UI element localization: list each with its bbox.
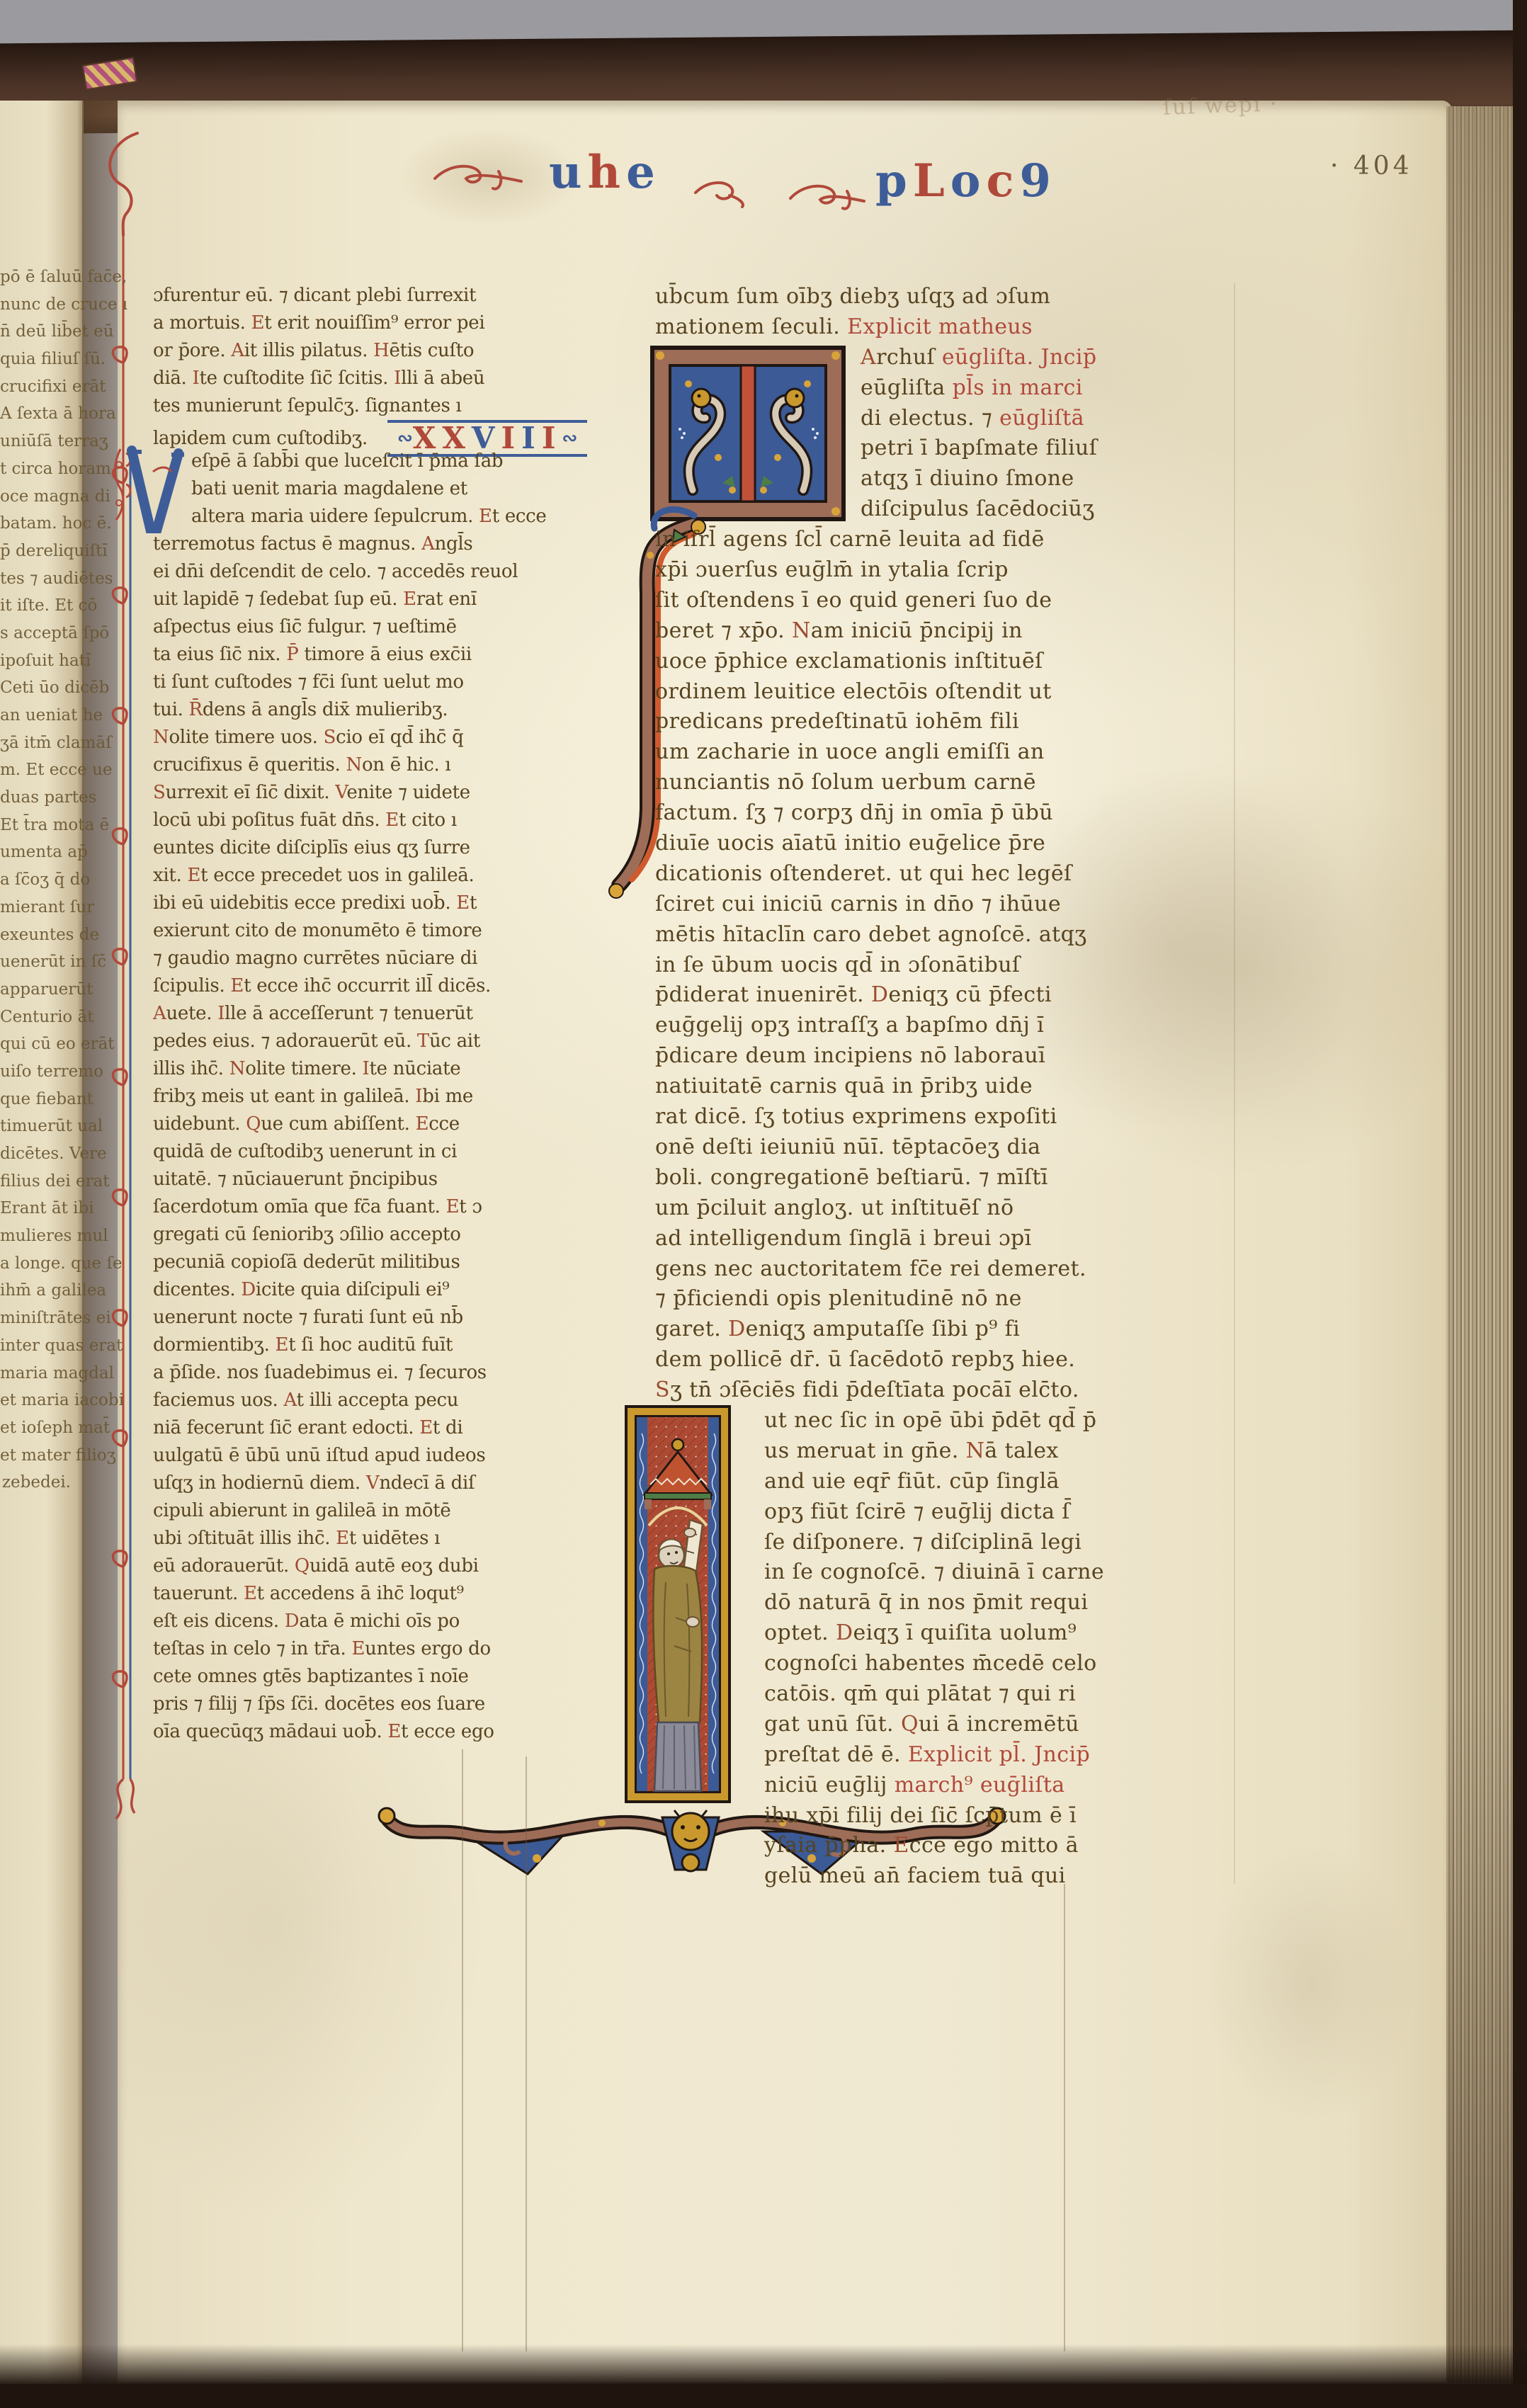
title-flourish-icon bbox=[431, 157, 530, 197]
text-segment: Q bbox=[246, 1113, 261, 1135]
text-segment: pecuniā copioſā dederūt militibus bbox=[153, 1251, 460, 1273]
text-line: duas partes bbox=[0, 784, 71, 812]
text-segment: T bbox=[417, 1030, 429, 1052]
text-line: ei dn̄i deſcendit de celo. ⁊ accedēs reu… bbox=[153, 558, 544, 586]
text-line: uitatē. ⁊ nūciauerunt p̄ncipibus bbox=[153, 1166, 544, 1193]
text-line: diſcipulus ſacēdociūʒ bbox=[655, 494, 1234, 525]
text-segment: Explicit matheus bbox=[847, 314, 1033, 339]
right-text-column: ub̄cum ſum oībʒ diebʒ uſqʒ ad ɔſummation… bbox=[655, 282, 1234, 1892]
text-segment: eniqʒ cū p̄fecti bbox=[888, 982, 1052, 1007]
text-line: quia filiuſ ſū. bbox=[0, 346, 71, 373]
text-line: p̄ dereliquiſtı̄ bbox=[0, 538, 71, 565]
text-line: niciū euḡlij march⁹ euḡliſta bbox=[655, 1771, 1234, 1801]
text-segment: D bbox=[241, 1279, 256, 1300]
text-segment: I bbox=[521, 421, 542, 455]
text-line: ſciret cui iniciū carnis in dn̄o ⁊ ihūue bbox=[655, 890, 1234, 920]
text-line: dicentes. Dicite quia diſcipuli ei⁹ bbox=[153, 1276, 544, 1304]
text-segment: dens ā angl̄s dix̄ mulieribʒ. bbox=[203, 699, 448, 720]
text-segment: bati uenit maria magdalene et bbox=[191, 478, 467, 499]
text-line: gat unū ſūt. Qui ā incremētū bbox=[655, 1710, 1234, 1740]
text-line: an ueniat he bbox=[0, 702, 71, 729]
text-line: diuīe uocis aīatū initio euḡelice p̄re bbox=[655, 829, 1234, 859]
text-segment: Q bbox=[901, 1712, 919, 1737]
text-segment: I bbox=[415, 1086, 422, 1107]
text-line: uiſo terremo bbox=[0, 1058, 71, 1086]
text-segment: on ē hic. ı bbox=[362, 754, 450, 776]
text-segment: E bbox=[251, 312, 265, 334]
bottom-shadow bbox=[0, 2344, 1527, 2387]
text-line: mationem ſeculi. Explicit matheus bbox=[655, 312, 1234, 343]
text-segment: gat unū ſūt. bbox=[764, 1712, 901, 1737]
text-segment: tauerunt. bbox=[153, 1583, 244, 1604]
text-segment: t ecce precedet uos in galileā. bbox=[200, 865, 474, 886]
binding-bottom-edge bbox=[0, 2384, 1527, 2408]
text-segment: E bbox=[479, 506, 492, 527]
facing-page-text-fragments: pō ē ſaluū fac̄e,nunc de cruce ın̄ deū l… bbox=[0, 263, 75, 1497]
text-segment: E bbox=[419, 1417, 433, 1438]
text-line: eūgliſta pl̄s in marci bbox=[655, 373, 1234, 404]
text-segment: Q bbox=[295, 1555, 310, 1577]
text-line: et mater filioʒ bbox=[0, 1442, 71, 1470]
text-line: crucifixus ē queritis. Non ē hic. ı bbox=[153, 751, 544, 779]
text-line: atqʒ ī diuino ſmone bbox=[655, 464, 1234, 494]
text-line: gens nec auctoritatem fc̄e rei demeret. bbox=[655, 1254, 1234, 1285]
text-segment: eūgliſta. Jncip̄ bbox=[942, 345, 1097, 370]
text-segment: ui ā incremētū bbox=[919, 1712, 1079, 1737]
text-segment: E bbox=[893, 1833, 909, 1858]
text-segment: untes ergo do bbox=[365, 1638, 491, 1659]
text-segment: gelū meū an̄ faciem tuā qui bbox=[764, 1863, 1066, 1888]
text-segment: yſaia p̄pha. bbox=[764, 1833, 893, 1858]
text-segment: ihu xp̄i filij dei ſic̄ ſcp̄tum ē ī bbox=[764, 1803, 1077, 1828]
title-flourish-icon bbox=[788, 178, 867, 215]
text-segment: nunciantis nō ſolum uerbum carnē bbox=[655, 770, 1036, 795]
text-segment: ibi eū uidebitis ecce predixi uob̄. bbox=[153, 892, 456, 914]
text-segment: I bbox=[217, 1003, 225, 1024]
text-segment: p̄dicare deum incipiens nō laborauī bbox=[655, 1043, 1045, 1068]
text-segment: ʒ tn̄ ɔſēciēs fidi p̄deſtīata pocāı̄ elc… bbox=[670, 1378, 1079, 1402]
text-line: Sʒ tn̄ ɔſēciēs fidi p̄deſtīata pocāı̄ el… bbox=[655, 1375, 1234, 1406]
text-segment: E bbox=[230, 975, 244, 996]
running-title-left: uhe bbox=[549, 146, 661, 199]
text-segment: tes munierunt ſepulc̄ʒ. ſignantes ı bbox=[153, 395, 462, 416]
text-line: a longe. que ſe bbox=[0, 1250, 71, 1278]
text-segment: eſpē ā ſabb̄i que luceſcit ī p̄ma ſab bbox=[191, 450, 503, 472]
text-segment: bi me bbox=[422, 1086, 473, 1107]
text-segment: dicationis oſtenderet. ut qui hec legēſ bbox=[655, 861, 1072, 886]
text-segment: enite ⁊ uidete bbox=[346, 782, 470, 803]
text-segment: a p̄ſide. nos ſuadebimus ei. ⁊ ſecuros bbox=[153, 1362, 487, 1383]
text-segment: timore ā eius exc̄ii bbox=[298, 644, 471, 665]
text-line: uſqʒ in hodiernū diem. Vndecī ā diſ bbox=[153, 1470, 544, 1497]
text-line: predicans predeſtinatū iohēm fili bbox=[655, 707, 1234, 737]
text-segment: in ſe cognoſcē. ⁊ diuinā ī carne bbox=[764, 1560, 1104, 1584]
text-line: ſacerdotum omīa que fc̄a fuant. Et ɔ bbox=[153, 1193, 544, 1221]
text-segment: 9 bbox=[1019, 154, 1057, 208]
text-line: A ſexta ā hora bbox=[0, 400, 71, 428]
text-segment: terremotus factus ē magnus. bbox=[153, 533, 421, 555]
text-segment: u bbox=[549, 146, 588, 199]
text-line: xit. Et ecce precedet uos in galileā. bbox=[153, 862, 544, 890]
text-line: Archuſ eūgliſta. Jncip̄ bbox=[655, 343, 1234, 373]
text-segment: ɔfurentur eū. ⁊ dicant plebi ſurrexit bbox=[153, 285, 476, 306]
text-segment: garet. bbox=[655, 1317, 728, 1341]
text-segment: aſpectus eius ſic̄ fulgur. ⁊ ueſtimē bbox=[153, 616, 457, 637]
text-segment: I bbox=[363, 1058, 370, 1079]
text-line: oce magna di bbox=[0, 483, 71, 511]
text-line: diā. Ite cuſtodite ſic̄ ſcitis. Illi ā a… bbox=[153, 365, 544, 392]
text-line: catōis. qm̄ qui plātat ⁊ qui ri bbox=[655, 1679, 1234, 1710]
text-line: eſpē ā ſabb̄i que luceſcit ī p̄ma ſab bbox=[153, 448, 544, 475]
text-line: eſt eis dicens. Data ē michi oīs po bbox=[153, 1608, 544, 1635]
text-line: ub̄cum ſum oībʒ diebʒ uſqʒ ad ɔſum bbox=[655, 282, 1234, 312]
text-segment: olite timere. bbox=[245, 1058, 362, 1079]
text-segment: I bbox=[501, 421, 522, 455]
text-segment: ſe diſponere. ⁊ diſciplinā legi bbox=[764, 1530, 1082, 1555]
text-line: dormientibʒ. Et ſi hoc auditū fuīt bbox=[153, 1331, 544, 1359]
text-segment: dicentes. bbox=[153, 1279, 241, 1300]
text-segment: cce ego mitto ā bbox=[909, 1833, 1079, 1858]
text-line: a mortuis. Et erit nouiſſim⁹ error pei bbox=[153, 309, 544, 337]
text-line: s acceptā ſpō bbox=[0, 620, 71, 647]
text-line: oīa quecūqʒ mādaui uob̄. Et ecce ego bbox=[153, 1718, 544, 1746]
text-segment: atqʒ ī diuino ſmone bbox=[861, 466, 1074, 491]
text-segment: ngl̄s bbox=[435, 533, 473, 555]
text-segment: ad intelligendum ſinglā i breui ɔpī bbox=[655, 1226, 1032, 1251]
text-segment: ue cum abiſſent. bbox=[261, 1113, 415, 1135]
text-line: ſcipulis. Et ecce ihc̄ occurrit ill̄ dic… bbox=[153, 972, 544, 1000]
text-line: and uie eqr̄ fiūt. cūp ſinglā bbox=[655, 1467, 1234, 1497]
text-segment: march⁹ euḡliſta bbox=[895, 1773, 1065, 1798]
text-segment: uulgatū ē ūbū unū iſtud apud iudeos bbox=[153, 1445, 485, 1466]
text-segment: t ſi hoc auditū fuīt bbox=[288, 1334, 453, 1356]
text-line: garet. Deniqʒ amputaſſe ſibi p⁹ fi bbox=[655, 1314, 1234, 1345]
text-line: ad intelligendum ſinglā i breui ɔpī bbox=[655, 1224, 1234, 1254]
text-line: tui. R̄dens ā angl̄s dix̄ mulieribʒ. bbox=[153, 696, 544, 724]
text-segment: uenerunt nocte ⁊ furati ſunt eū nb̄ bbox=[153, 1307, 463, 1328]
text-segment: A bbox=[861, 345, 876, 370]
text-segment: N bbox=[153, 727, 169, 748]
text-segment: D bbox=[285, 1611, 300, 1632]
text-segment: factum. ſʒ ⁊ corpʒ dn̄j in omīa p̄ ūbū bbox=[655, 800, 1053, 825]
text-line: uenerūt in ſc̄ bbox=[0, 948, 71, 976]
text-line: dicationis oſtenderet. ut qui hec legēſ bbox=[655, 859, 1234, 890]
text-segment: eiqʒ ī quiſita uolum⁹ bbox=[853, 1620, 1077, 1645]
text-segment: E bbox=[456, 892, 470, 914]
text-segment: xp̄i ɔuerſus euḡlm̄ in ytalia ſcrip bbox=[655, 557, 1009, 582]
text-segment: p bbox=[875, 154, 913, 208]
text-segment: ata ē michi oīs po bbox=[299, 1611, 460, 1632]
text-segment: tui. bbox=[153, 699, 189, 720]
text-segment: lle ā acceſſerunt ⁊ tenuerūt bbox=[225, 1003, 472, 1024]
text-line: miniſtrātes ei bbox=[0, 1305, 71, 1332]
text-segment: am iniciū p̄ncipij in bbox=[811, 618, 1023, 643]
text-line: teſtas in celo ⁊ in tr̄a. Euntes ergo do bbox=[153, 1635, 544, 1663]
text-segment: petri ī bapſmate filiuſ bbox=[861, 436, 1097, 460]
text-line: inter quas erat bbox=[0, 1332, 71, 1360]
text-segment: E bbox=[403, 589, 416, 610]
text-line: fribʒ meis ut eant in galileā. Ibi me bbox=[153, 1083, 544, 1111]
text-segment: D bbox=[728, 1317, 745, 1341]
text-segment: ta eius ſic̄ nix. bbox=[153, 644, 286, 665]
text-segment: ⁊ gaudio magno currētes nūciare di bbox=[153, 948, 477, 969]
text-line: opʒ fiūt ſcirē ⁊ euḡlij dicta ſ̄ bbox=[655, 1497, 1234, 1528]
text-segment: ētis cuſto bbox=[390, 340, 475, 361]
fore-edge-shading bbox=[1446, 106, 1513, 2383]
running-title-right: pLoc9 bbox=[875, 154, 1057, 208]
text-segment: a mortuis. bbox=[153, 312, 251, 334]
text-segment: t bbox=[470, 892, 477, 914]
text-line: n̄ deū lib̄et eū bbox=[0, 318, 71, 346]
text-line: ubi ɔſtituāt illis ihc̄. Et uidētes ı bbox=[153, 1525, 544, 1552]
text-line: a ſc̄oʒ q̄ do bbox=[0, 866, 71, 894]
text-segment: uidā autē eoʒ dubi bbox=[310, 1555, 479, 1577]
text-line: terremotus factus ē magnus. Angl̄s bbox=[153, 530, 544, 558]
text-segment: ſacerdotum omīa que fc̄a fuant. bbox=[153, 1196, 446, 1217]
text-segment: eūgliſta bbox=[861, 375, 953, 400]
text-line: um zacharie in uoce angli emiſſi an bbox=[655, 737, 1234, 768]
text-segment: catōis. qm̄ qui plātat ⁊ qui ri bbox=[764, 1681, 1076, 1706]
text-line: tes munierunt ſepulc̄ʒ. ſignantes ı bbox=[153, 392, 544, 420]
text-segment: S bbox=[655, 1378, 670, 1402]
text-segment: t di bbox=[433, 1417, 462, 1438]
text-segment: lapidem cum cuſtodibʒ. bbox=[153, 428, 368, 449]
text-segment: L bbox=[913, 154, 950, 208]
text-line: quidā de cuſtodibʒ uenerunt in ci bbox=[153, 1138, 544, 1166]
text-segment: dō naturā q̄ in nos p̄mit requi bbox=[764, 1590, 1088, 1615]
text-segment: exierunt cito de monumēto ē timore bbox=[153, 920, 482, 941]
text-segment: I bbox=[394, 368, 401, 389]
text-segment: in iſrl̄ agens ſcl̄ carnē leuita ad fidē bbox=[655, 527, 1045, 552]
text-segment: A bbox=[231, 340, 244, 361]
text-line: ti ſunt cuſtodes ⁊ fc̄i ſunt uelut mo bbox=[153, 669, 544, 696]
text-segment: S bbox=[153, 782, 166, 803]
text-line: onē deſti ieiuniū nūı̄. tēptacōeʒ dia bbox=[655, 1132, 1234, 1163]
text-line: filius dei erat bbox=[0, 1168, 71, 1196]
text-segment: optet. bbox=[764, 1620, 836, 1645]
text-segment: ordinem leuitice electōis oſtendit ut bbox=[655, 679, 1052, 704]
text-line: exierunt cito de monumēto ē timore bbox=[153, 917, 544, 945]
text-segment: ⁊ p̄ficiendi opis plenitudinē nō ne bbox=[655, 1286, 1022, 1311]
text-segment: rat enı̄ bbox=[416, 589, 477, 610]
text-segment: olite timere uos. bbox=[169, 727, 323, 748]
text-line: in iſrl̄ agens ſcl̄ carnē leuita ad fidē bbox=[655, 525, 1234, 555]
text-segment: illis ihc̄. bbox=[153, 1058, 229, 1079]
text-segment: eſt eis dicens. bbox=[153, 1611, 285, 1632]
text-segment: t illi accepta pecu bbox=[297, 1390, 459, 1411]
text-segment: A bbox=[153, 1003, 166, 1024]
text-segment: mationem ſeculi. bbox=[655, 314, 847, 339]
faint-inscription: ſuſ wepı · bbox=[1162, 91, 1278, 120]
text-segment: E bbox=[416, 1113, 429, 1135]
text-segment: or p̄ore. bbox=[153, 340, 231, 361]
text-segment: ut nec ſic in opē ūbi p̄dēt qd̄ p̄ bbox=[764, 1408, 1096, 1433]
text-segment: pris ⁊ filij ⁊ ſp̄s ſc̄i. docētes eos ſu… bbox=[153, 1693, 485, 1715]
text-segment: cipuli abierunt in galileā in mōtē bbox=[153, 1500, 450, 1521]
text-line: optet. Deiqʒ ī quiſita uolum⁹ bbox=[655, 1618, 1234, 1649]
text-segment: N bbox=[229, 1058, 245, 1079]
text-line: pris ⁊ filij ⁊ ſp̄s ſc̄i. docētes eos ſu… bbox=[153, 1691, 544, 1718]
text-segment: uſqʒ in hodiernū diem. bbox=[153, 1472, 366, 1494]
text-segment: rat dicē. ſʒ totius exprimens expoſiti bbox=[655, 1104, 1057, 1129]
text-segment: preſtat dē ē. bbox=[764, 1742, 908, 1767]
text-segment: E bbox=[187, 865, 200, 886]
text-segment: onē deſti ieiuniū nūı̄. tēptacōeʒ dia bbox=[655, 1135, 1040, 1159]
text-line: bati uenit maria magdalene et bbox=[153, 475, 544, 503]
text-segment: ā talex bbox=[984, 1438, 1058, 1463]
text-line: tes ⁊ audiētes bbox=[0, 565, 71, 593]
text-line: petri ī bapſmate filiuſ bbox=[655, 433, 1234, 464]
text-segment: ſit oſtendens ī eo quid generi ſuo de bbox=[655, 588, 1052, 613]
text-segment: natiuitatē carnis quā in p̄ribʒ uide bbox=[655, 1074, 1033, 1098]
text-line: mierant ſur bbox=[0, 894, 71, 921]
ruling-line bbox=[526, 1756, 527, 2351]
text-segment: uitatē. ⁊ nūciauerunt p̄ncipibus bbox=[153, 1169, 438, 1190]
text-line: uit lapidē ⁊ ſedebat ſup eū. Erat enı̄ bbox=[153, 586, 544, 613]
text-line: p̄diderat inuenirēt. Deniqʒ cū p̄fecti bbox=[655, 980, 1234, 1011]
text-line: cipuli abierunt in galileā in mōtē bbox=[153, 1497, 544, 1525]
text-line: Surrexit eı̄ ſic̄ dixit. Venite ⁊ uidete bbox=[153, 779, 544, 807]
text-segment: S bbox=[324, 727, 336, 748]
folio-number: · 404 bbox=[1330, 152, 1413, 181]
text-segment: o bbox=[950, 154, 987, 208]
text-segment: I bbox=[193, 368, 200, 389]
text-segment: di electus. ⁊ bbox=[861, 406, 999, 431]
text-line: Et t̄ra mota ē bbox=[0, 812, 71, 839]
text-segment: icite quia diſcipuli ei⁹ bbox=[256, 1279, 449, 1300]
text-segment: ūc ait bbox=[429, 1030, 480, 1052]
text-line: eū adorauerūt. Quidā autē eoʒ dubi bbox=[153, 1552, 544, 1580]
text-segment: t ecce bbox=[492, 506, 547, 527]
text-segment: ſciret cui iniciū carnis in dn̄o ⁊ ihūue bbox=[655, 892, 1061, 916]
text-segment: urrexit eı̄ ſic̄ dixit. bbox=[166, 782, 336, 803]
text-segment: cio eı̄ qd̄ ihc̄ q̄ bbox=[336, 727, 463, 748]
text-segment: quidā de cuſtodibʒ uenerunt in ci bbox=[153, 1141, 457, 1162]
text-line: faciemus uos. At illi accepta pecu bbox=[153, 1387, 544, 1414]
text-line: beret ⁊ xp̄o. Nam iniciū p̄ncipij in bbox=[655, 616, 1234, 647]
text-line: lapidem cum cuſtodibʒ.∾XXVIII∾ bbox=[153, 420, 544, 448]
text-segment: faciemus uos. bbox=[153, 1390, 283, 1411]
text-line: illis ihc̄. Nolite timere. Ite nūciate bbox=[153, 1055, 544, 1083]
text-segment: diā. bbox=[153, 368, 193, 389]
text-segment: dem pollicē dr̄. ū ſacēdotō repbʒ hiee. bbox=[655, 1347, 1075, 1372]
text-line: ſe diſponere. ⁊ diſciplinā legi bbox=[655, 1528, 1234, 1558]
text-segment: euntes dicite diſciplīs eius qʒ ſurre bbox=[153, 837, 470, 858]
text-segment: fribʒ meis ut eant in galileā. bbox=[153, 1086, 415, 1107]
text-segment: t ecce ego bbox=[401, 1721, 494, 1742]
text-line: gelū meū an̄ faciem tuā qui bbox=[655, 1861, 1234, 1892]
text-line: nunciantis nō ſolum uerbum carnē bbox=[655, 768, 1234, 798]
text-line: ⁊ gaudio magno currētes nūciare di bbox=[153, 945, 544, 972]
text-line: in ſe cognoſcē. ⁊ diuinā ī carne bbox=[655, 1557, 1234, 1588]
text-segment: ei dn̄i deſcendit de celo. ⁊ accedēs reu… bbox=[153, 561, 518, 582]
text-line: us meruat in gn̄e. Nā talex bbox=[655, 1436, 1234, 1467]
text-line: uenerunt nocte ⁊ furati ſunt eū nb̄ bbox=[153, 1304, 544, 1331]
text-line: ʒā itm̄ clamāſ bbox=[0, 729, 71, 757]
text-line: dō naturā q̄ in nos p̄mit requi bbox=[655, 1588, 1234, 1618]
text-line: tauerunt. Et accedens ā ihc̄ loqut⁹ bbox=[153, 1580, 544, 1608]
text-segment: Explicit pl̄. Jncip̄ bbox=[908, 1742, 1090, 1767]
left-text-column: ɔfurentur eū. ⁊ dicant plebi ſurrexita m… bbox=[153, 282, 544, 1746]
text-line: factum. ſʒ ⁊ corpʒ dn̄j in omīa p̄ ūbū bbox=[655, 798, 1234, 829]
text-segment: t ɔ bbox=[459, 1196, 482, 1217]
text-line: um p̄ciluit angloʒ. ut inſtituēſ nō bbox=[655, 1193, 1234, 1224]
text-line: a p̄ſide. nos ſuadebimus ei. ⁊ ſecuros bbox=[153, 1359, 544, 1387]
text-segment: eūgliſtā bbox=[999, 406, 1084, 431]
text-line: que fiebant bbox=[0, 1086, 71, 1113]
ruling-line bbox=[462, 1749, 463, 2351]
text-segment: N bbox=[346, 754, 361, 776]
text-segment: E bbox=[244, 1583, 257, 1604]
text-line: mētis hītaclīn caro debet agnoſcē. atqʒ bbox=[655, 920, 1234, 950]
text-line: zebedei. bbox=[0, 1469, 71, 1497]
text-segment: E bbox=[351, 1638, 365, 1659]
text-segment: ti ſunt cuſtodes ⁊ fc̄i ſunt uelut mo bbox=[153, 671, 464, 693]
title-flourish-icon bbox=[693, 177, 749, 208]
text-line: Erant āt ibi bbox=[0, 1195, 71, 1222]
text-segment: uidebunt. bbox=[153, 1113, 246, 1135]
text-segment: N bbox=[966, 1438, 985, 1463]
text-line: ipoſuit hatı̄ bbox=[0, 647, 71, 675]
text-line: apparuerūt bbox=[0, 976, 71, 1004]
text-segment: in ſe ūbum uocis qd̄ in ɔſonātibuſ bbox=[655, 953, 1020, 977]
text-segment: N bbox=[792, 618, 811, 643]
text-segment: rchuſ bbox=[876, 345, 942, 370]
text-segment: ub̄cum ſum oībʒ diebʒ uſqʒ ad ɔſum bbox=[655, 284, 1050, 309]
text-line: batam. hoc ē. bbox=[0, 510, 71, 538]
text-segment: D bbox=[836, 1620, 853, 1645]
text-line: euḡgelij opʒ intraſſʒ a bapſmo dn̄j ı̄ bbox=[655, 1011, 1234, 1041]
text-segment: E bbox=[387, 1721, 401, 1742]
text-segment: D bbox=[871, 982, 888, 1007]
text-segment: uit lapidē ⁊ ſedebat ſup eū. bbox=[153, 589, 403, 610]
text-segment: ubi ɔſtituāt illis ihc̄. bbox=[153, 1528, 336, 1549]
text-segment: eniqʒ amputaſſe ſibi p⁹ fi bbox=[746, 1317, 1021, 1341]
text-segment: gregati cū ſenioribʒ ɔſilio accepto bbox=[153, 1224, 461, 1245]
binding-right-edge bbox=[1513, 0, 1527, 2408]
text-segment: us meruat in gn̄e. bbox=[764, 1438, 966, 1463]
text-segment: V bbox=[366, 1472, 379, 1494]
text-line: mulieres mul bbox=[0, 1222, 71, 1250]
text-line: uniūſā terraʒ bbox=[0, 428, 71, 455]
text-segment: t accedens ā ihc̄ loqut⁹ bbox=[257, 1583, 464, 1604]
text-segment: pedes eius. ⁊ adorauerūt eū. bbox=[153, 1030, 417, 1052]
text-line: in ſe ūbum uocis qd̄ in ɔſonātibuſ bbox=[655, 950, 1234, 981]
text-segment: um zacharie in uoce angli emiſſi an bbox=[655, 739, 1045, 764]
text-segment: E bbox=[276, 1334, 289, 1356]
text-line: xp̄i ɔuerſus euḡlm̄ in ytalia ſcrip bbox=[655, 555, 1234, 586]
text-line: cognoſci habentes m̄cedē celo bbox=[655, 1649, 1234, 1679]
text-line: ſit oſtendens ī eo quid generi ſuo de bbox=[655, 586, 1234, 616]
text-segment: V bbox=[335, 782, 346, 803]
text-segment: cete omnes gtēs baptizantes ī noīe bbox=[153, 1666, 469, 1687]
text-segment: and uie eqr̄ fiūt. cūp ſinglā bbox=[764, 1469, 1060, 1494]
ruling-line bbox=[1064, 1884, 1065, 2351]
text-line: Centurio āt bbox=[0, 1004, 71, 1031]
text-segment: diſcipulus ſacēdociūʒ bbox=[861, 496, 1095, 521]
text-segment: locū ubi poſitus fuāt dn̄s. bbox=[153, 810, 385, 831]
text-line: natiuitatē carnis quā in p̄ribʒ uide bbox=[655, 1072, 1234, 1102]
text-line: ihu xp̄i filij dei ſic̄ ſcp̄tum ē ī bbox=[655, 1801, 1234, 1831]
text-segment: A bbox=[421, 533, 434, 555]
text-line: p̄dicare deum incipiens nō laborauī bbox=[655, 1041, 1234, 1072]
text-line: timuerūt ual bbox=[0, 1113, 71, 1140]
text-line: locū ubi poſitus fuāt dn̄s. Et cito ı bbox=[153, 807, 544, 834]
text-segment: um p̄ciluit angloʒ. ut inſtituēſ nō bbox=[655, 1196, 1014, 1220]
text-segment: c bbox=[986, 154, 1019, 208]
text-line: pecuniā copioſā dederūt militibus bbox=[153, 1249, 544, 1276]
text-line: pō ē ſaluū fac̄e, bbox=[0, 263, 71, 291]
